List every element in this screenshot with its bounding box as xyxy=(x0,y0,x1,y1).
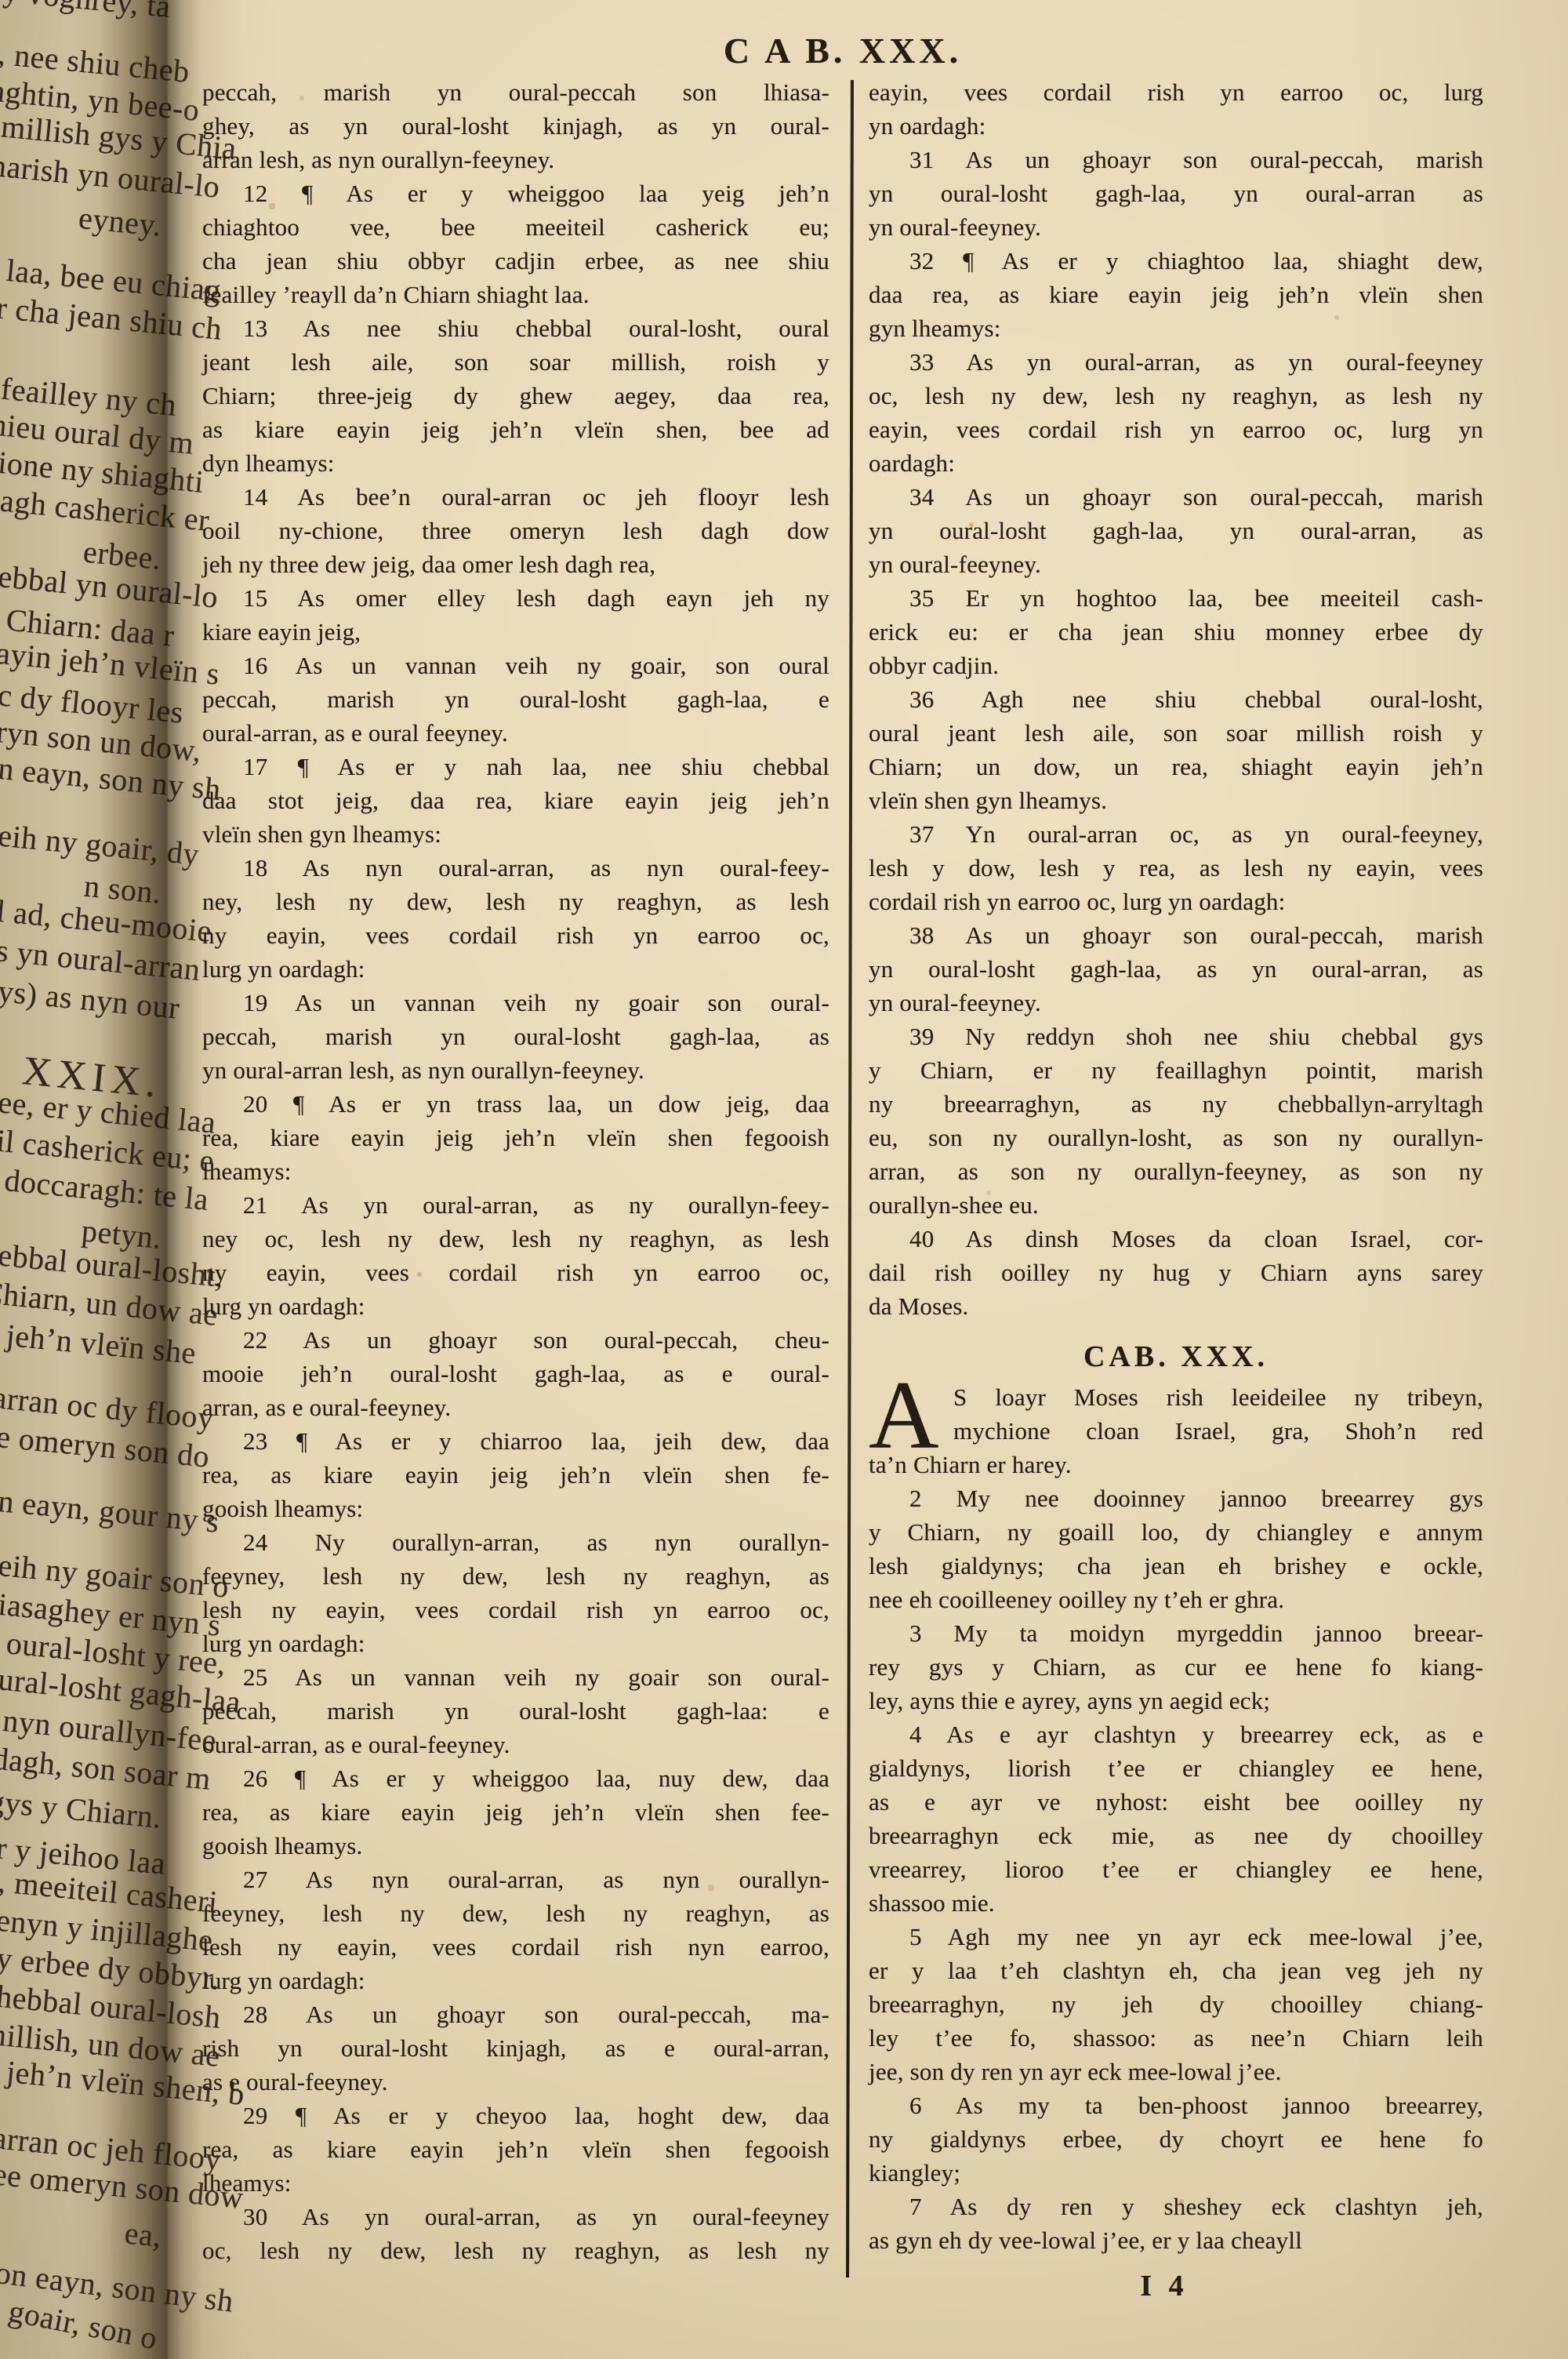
verse-line: oural jeant lesh aile, son soar millish … xyxy=(869,716,1483,750)
verse-line: oardagh: xyxy=(869,446,1483,480)
verse-line-text: vreearrey, lioroo t’ee er chiangley ee h… xyxy=(869,1856,1483,1883)
verse-line: vleïn shen gyn lheamys: xyxy=(202,817,829,851)
verse-line: 21 As yn oural-arran, as ny ourallyn-fee… xyxy=(202,1188,829,1222)
verse-line: 30 As yn oural-arran, as yn oural-feeyne… xyxy=(202,2200,829,2234)
verse-line-text: oc, lesh ny dew, lesh ny reaghyn, as les… xyxy=(869,382,1483,409)
verse-line: CAB. XXX. xyxy=(869,1340,1483,1374)
verse-line-text: ley t’ee fo, shassoo: as nee’n Chiarn le… xyxy=(869,2024,1483,2052)
verse-line: 23 ¶ As er y chiarroo laa, jeih dew, daa xyxy=(202,1424,829,1458)
verse-line-text: as e oural-feeyney. xyxy=(202,2068,388,2095)
verse-line-text: 18 As nyn oural-arran, as nyn oural-feey… xyxy=(243,854,829,881)
verse-line: 17 ¶ As er y nah laa, nee shiu chebbal xyxy=(202,750,829,783)
verse-line-text: 12 ¶ As er y wheiggoo laa yeig jeh’n xyxy=(243,180,829,207)
facing-page-line-text: veih ny goair, dy xyxy=(0,814,201,873)
verse-line: jee, son dy ren yn ayr eck mee-lowal j’e… xyxy=(869,2055,1483,2088)
facing-page-line-text: ea, xyxy=(123,2214,163,2255)
verse-line: ney, lesh ny dew, lesh ny reaghyn, as le… xyxy=(202,885,829,918)
verse-line-text: lesh ny eayin, vees cordail rish yn earr… xyxy=(202,1596,829,1623)
verse-line: 38 As un ghoayr son oural-peccah, marish xyxy=(869,918,1483,952)
verse-line-text: oc, lesh ny dew, lesh ny reaghyn, as les… xyxy=(202,2237,829,2264)
verse-line-text: kiangley; xyxy=(869,2159,960,2186)
verse-line-text: yn oural-feeyney. xyxy=(869,213,1041,241)
verse-line: rea, as kiare eayin jeig jeh’n vleïn she… xyxy=(202,1458,829,1492)
verse-line-text: 15 As omer elley lesh dagh eayn jeh ny xyxy=(243,584,829,612)
verse-line-text: 34 As un ghoayr son oural-peccah, marish xyxy=(909,483,1483,511)
verse-line-text: eayin, vees cordail rish yn earroo oc, l… xyxy=(869,78,1483,106)
verse-line: lheamys: xyxy=(202,1154,829,1188)
facing-page-strip: ’sy voghrey, tah, nee shiu chebiaghtin, … xyxy=(0,0,168,2359)
verse-line-text: erick eu: er cha jean shiu monney erbee … xyxy=(869,618,1483,645)
verse-line: 34 As un ghoayr son oural-peccah, marish xyxy=(869,480,1483,514)
verse-line-text: 14 As bee’n oural-arran oc jeh flooyr le… xyxy=(243,483,829,511)
verse-line-text: cha jean shiu obbyr cadjin erbee, as nee… xyxy=(202,247,829,274)
verse-line: 4 As e ayr clashtyn y breearrey eck, as … xyxy=(869,1717,1483,1751)
facing-page-line-text: un eayn, gour ny s xyxy=(0,1480,221,1541)
verse-line-text: 40 As dinsh Moses da cloan Israel, cor- xyxy=(909,1225,1483,1252)
verse-line-text: kiare eayin jeig, xyxy=(202,618,361,645)
verse-line: peccah, marish yn oural-losht gagh-laa, … xyxy=(202,682,829,716)
verse-line-text: peccah, marish yn oural-losht gagh-laa: … xyxy=(202,1697,829,1725)
verse-line-text: obbyr cadjin. xyxy=(869,652,999,679)
verse-line-text: gyn lheamys: xyxy=(869,314,1001,342)
verse-line: ny eayin, vees cordail rish yn earroo oc… xyxy=(202,918,829,952)
verse-line: 40 As dinsh Moses da cloan Israel, cor- xyxy=(869,1222,1483,1256)
verse-line: rey gys y Chiarn, as cur ee hene fo kian… xyxy=(869,1650,1483,1684)
verse-line: cha jean shiu obbyr cadjin erbee, as nee… xyxy=(202,244,829,278)
verse-line: ley t’ee fo, shassoo: as nee’n Chiarn le… xyxy=(869,2021,1483,2055)
verse-line-text: ney, lesh ny dew, lesh ny reaghyn, as le… xyxy=(202,888,829,915)
verse-line: gooish lheamys: xyxy=(202,1492,829,1525)
verse-line: 36 Agh nee shiu chebbal oural-losht, xyxy=(869,682,1483,716)
verse-line-text: y Chiarn, er ny feaillaghyn pointit, mar… xyxy=(869,1056,1483,1084)
verse-line: yn oural-losht gagh-laa, yn oural-arran,… xyxy=(869,514,1483,547)
verse-line: gialdynys, liorish t’ee er chiangley ee … xyxy=(869,1751,1483,1785)
verse-line-text: Chiarn; three-jeig dy ghew aegey, daa re… xyxy=(202,382,829,409)
verse-line-text: 30 As yn oural-arran, as yn oural-feeyne… xyxy=(243,2203,829,2230)
verse-line: obbyr cadjin. xyxy=(869,649,1483,682)
verse-line: 20 ¶ As er yn trass laa, un dow jeig, da… xyxy=(202,1087,829,1121)
facing-page-line: ’sy voghrey, ta xyxy=(0,0,162,26)
verse-line-text: rea, as kiare eayin jeig jeh’n vleïn she… xyxy=(202,1798,829,1826)
verse-line-text: nee eh cooilleeney ooilley ny t’eh er gh… xyxy=(869,1586,1284,1613)
verse-line: Chiarn; three-jeig dy ghew aegey, daa re… xyxy=(202,379,829,413)
verse-line-text: 32 ¶ As er y chiaghtoo laa, shiaght dew, xyxy=(909,247,1483,274)
verse-line-text: peccah, marish yn oural-losht gagh-laa, … xyxy=(202,1023,829,1050)
verse-line-text: 20 ¶ As er yn trass laa, un dow jeig, da… xyxy=(243,1090,829,1118)
verse-line: chiaghtoo vee, bee meeiteil casherick eu… xyxy=(202,210,829,244)
verse-line: mychione cloan Israel, gra, Shoh’n red xyxy=(869,1414,1483,1448)
verse-line: jeh ny three dew jeig, daa omer lesh dag… xyxy=(202,547,829,581)
verse-line-text: 39 Ny reddyn shoh nee shiu chebbal gys xyxy=(909,1023,1483,1050)
verse-line: rish yn oural-losht kinjagh, as e oural-… xyxy=(202,2031,829,2065)
verse-line: as e oural-feeyney. xyxy=(202,2065,829,2099)
verse-line: 33 As yn oural-arran, as yn oural-feeyne… xyxy=(869,345,1483,379)
verse-line-text: 23 ¶ As er y chiarroo laa, jeih dew, daa xyxy=(243,1427,829,1455)
verse-line-text: as gyn eh dy vee-lowal j’ee, er y laa ch… xyxy=(869,2226,1302,2254)
verse-line: 37 Yn oural-arran oc, as yn oural-feeyne… xyxy=(869,817,1483,851)
verse-line: rea, kiare eayin jeig jeh’n vleïn shen f… xyxy=(202,1121,829,1154)
verse-line-text: ley, ayns thie e ayrey, ayns yn aegid ec… xyxy=(869,1687,1270,1714)
verse-line-text: eu, son ny ourallyn-losht, as son ny our… xyxy=(869,1124,1483,1151)
verse-line: kiangley; xyxy=(869,2156,1483,2190)
verse-line-text: 2 My nee dooinney jannoo breearrey gys xyxy=(909,1485,1483,1512)
verse-line: gooish lheamys. xyxy=(202,1829,829,1863)
verse-line: as gyn eh dy vee-lowal j’ee, er y laa ch… xyxy=(869,2223,1483,2257)
verse-line: 7 As dy ren y sheshey eck clashtyn jeh, xyxy=(869,2190,1483,2223)
verse-line: 12 ¶ As er y wheiggoo laa yeig jeh’n xyxy=(202,176,829,210)
verse-line-text: oardagh: xyxy=(869,449,955,477)
verse-line: 25 As un vannan veih ny goair son oural- xyxy=(202,1660,829,1694)
verse-line-text: lurg yn oardagh: xyxy=(202,1967,365,1994)
verse-line: AS loayr Moses rish leeideilee ny tribey… xyxy=(869,1380,1483,1414)
verse-line-text: ny gialdynys erbee, dy choyrt ee hene fo xyxy=(869,2125,1483,2153)
verse-line-text: 38 As un ghoayr son oural-peccah, marish xyxy=(909,921,1483,949)
verse-line: eayin, vees cordail rish yn earroo oc, l… xyxy=(869,75,1483,109)
verse-line: oural-arran, as e oural-feeyney. xyxy=(202,1728,829,1761)
verse-line-text: rey gys y Chiarn, as cur ee hene fo kian… xyxy=(869,1653,1483,1681)
verse-line-text: 4 As e ayr clashtyn y breearrey eck, as … xyxy=(909,1721,1483,1748)
verse-line: lurg yn oardagh: xyxy=(202,1289,829,1323)
verse-line-text: yn oural-feeyney. xyxy=(869,989,1041,1016)
book-page-photo: ’sy voghrey, tah, nee shiu chebiaghtin, … xyxy=(0,0,1568,2359)
verse-line-text: jeh ny three dew jeig, daa omer lesh dag… xyxy=(202,551,655,578)
verse-line-text: arran, as son ny ourallyn-feeyney, as so… xyxy=(869,1158,1483,1185)
facing-page-line: nys) as nyn our xyxy=(0,989,162,1027)
verse-line-text: lesh y dow, lesh y rea, as lesh ny eayin… xyxy=(869,854,1483,881)
verse-line: vreearrey, lioroo t’ee er chiangley ee h… xyxy=(869,1852,1483,1886)
verse-line: lurg yn oardagh: xyxy=(202,1627,829,1660)
verse-line: feeyney, lesh ny dew, lesh ny reaghyn, a… xyxy=(202,1559,829,1593)
verse-line: kiare eayin jeig, xyxy=(202,615,829,649)
verse-line: as e ayr ve nyhost: eisht bee ooilley ny xyxy=(869,1785,1483,1819)
verse-line-text: 24 Ny ourallyn-arran, as nyn ourallyn- xyxy=(243,1528,829,1556)
verse-line-text: arran lesh, as nyn ourallyn-feeyney. xyxy=(202,146,554,173)
verse-line: ny breearraghyn, as ny chebballyn-arrylt… xyxy=(869,1087,1483,1121)
verse-line-text: peccah, marish yn oural-losht gagh-laa, … xyxy=(202,685,829,713)
verse-line-text: yn oural-arran lesh, as nyn ourallyn-fee… xyxy=(202,1056,644,1084)
verse-line-text: lheamys: xyxy=(202,2169,292,2197)
right-column: eayin, vees cordail rish yn earroo oc, l… xyxy=(869,75,1483,2257)
verse-line-text: 37 Yn oural-arran oc, as yn oural-feeyne… xyxy=(909,820,1483,848)
verse-line: cordail rish yn earroo oc, lurg yn oarda… xyxy=(869,885,1483,918)
verse-line: 29 ¶ As er y cheyoo laa, hoght dew, daa xyxy=(202,2099,829,2132)
verse-line: oural-arran, as e oural feeyney. xyxy=(202,716,829,750)
verse-line-text: jee, son dy ren yn ayr eck mee-lowal j’e… xyxy=(869,2058,1282,2085)
verse-line: lheamys: xyxy=(202,2166,829,2200)
verse-line: eayin, vees cordail rish yn earroo oc, l… xyxy=(869,413,1483,446)
verse-line: lesh y dow, lesh y rea, as lesh ny eayin… xyxy=(869,851,1483,885)
verse-line: breearraghyn eck mie, as nee dy chooille… xyxy=(869,1819,1483,1852)
verse-line: arran lesh, as nyn ourallyn-feeyney. xyxy=(202,143,829,176)
verse-line: nee eh cooilleeney ooilley ny t’eh er gh… xyxy=(869,1583,1483,1616)
verse-line: er y laa t’eh clashtyn eh, cha jean veg … xyxy=(869,1954,1483,1987)
verse-line: 3 My ta moidyn myrgeddin jannoo breear- xyxy=(869,1616,1483,1650)
verse-line-text: daa rea, as kiare eayin jeig jeh’n vleïn… xyxy=(869,281,1483,308)
verse-line-text: lheamys: xyxy=(202,1158,292,1185)
verse-line-text: lurg yn oardagh: xyxy=(202,1630,365,1657)
verse-line: dyn lheamys: xyxy=(202,446,829,480)
verse-line: lesh gialdynys; cha jean eh brishey e oc… xyxy=(869,1549,1483,1583)
verse-line: 24 Ny ourallyn-arran, as nyn ourallyn- xyxy=(202,1525,829,1559)
verse-line-text: ny eayin, vees cordail rish yn earroo oc… xyxy=(202,921,829,949)
facing-page-line-text: eyney. xyxy=(77,198,163,245)
verse-line-text: Chiarn; un dow, un rea, shiaght eayin je… xyxy=(869,753,1483,780)
verse-line: arran, as son ny ourallyn-feeyney, as so… xyxy=(869,1154,1483,1188)
verse-line-text: S loayr Moses rish leeideilee ny tribeyn… xyxy=(953,1383,1483,1411)
verse-line-text: 19 As un vannan veih ny goair son oural- xyxy=(243,989,829,1016)
verse-line-text: vleïn shen gyn lheamys. xyxy=(869,787,1107,814)
verse-line: 22 As un ghoayr son oural-peccah, cheu- xyxy=(202,1323,829,1357)
verse-line-text: breearraghyn, ny jeh dy chooilley chiang… xyxy=(869,1990,1483,2018)
facing-page-line: eyney. xyxy=(0,206,162,245)
verse-line-text: jeant lesh aile, son soar millish, roish… xyxy=(202,348,829,376)
verse-line-text: 17 ¶ As er y nah laa, nee shiu chebbal xyxy=(243,753,829,780)
verse-line-text: 28 As un ghoayr son oural-peccah, ma- xyxy=(243,2001,829,2028)
verse-line-text: feailley ’reayll da’n Chiarn shiaght laa… xyxy=(202,281,590,308)
verse-line: yn oural-losht gagh-laa, yn oural-arran … xyxy=(869,176,1483,210)
verse-line-text: chiaghtoo vee, bee meeiteil casherick eu… xyxy=(202,213,829,241)
verse-line-text: yn oural-losht gagh-laa, yn oural-arran,… xyxy=(869,517,1483,544)
verse-line: rea, as kiare eayin jeig jeh’n vleïn she… xyxy=(202,1795,829,1829)
verse-line-text: as kiare eayin jeig jeh’n vleïn shen, be… xyxy=(202,416,829,443)
facing-page-line: ee omeryn son do xyxy=(0,1438,162,1476)
verse-line-text: 21 As yn oural-arran, as ny ourallyn-fee… xyxy=(243,1191,829,1219)
verse-line: lurg yn oardagh: xyxy=(202,952,829,986)
verse-line-text: 16 As un vannan veih ny goair, son oural xyxy=(243,652,829,679)
verse-line-text: rish yn oural-losht kinjagh, as e oural-… xyxy=(202,2034,829,2062)
verse-line: yn oural-feeyney. xyxy=(869,210,1483,244)
verse-line-text: shassoo mie. xyxy=(869,1889,995,1917)
verse-line: as kiare eayin jeig jeh’n vleïn shen, be… xyxy=(202,413,829,446)
verse-line-text: 7 As dy ren y sheshey eck clashtyn jeh, xyxy=(909,2193,1483,2220)
verse-line-text: mooie jeh’n oural-losht gagh-laa, as e o… xyxy=(202,1360,829,1387)
verse-line-text: mychione cloan Israel, gra, Shoh’n red xyxy=(953,1417,1483,1445)
verse-line-text: ney oc, lesh ny dew, lesh ny reaghyn, as… xyxy=(202,1225,829,1252)
facing-page-line: veih ny goair, dy xyxy=(0,835,162,874)
verse-line: peccah, marish yn oural-peccah son lhias… xyxy=(202,75,829,109)
verse-line: ley, ayns thie e ayrey, ayns yn aegid ec… xyxy=(869,1684,1483,1717)
verse-line: 26 ¶ As er y wheiggoo laa, nuy dew, daa xyxy=(202,1761,829,1795)
verse-line: ta’n Chiarn er harey. xyxy=(869,1448,1483,1481)
facing-page-line: er cha jean shiu ch xyxy=(0,310,162,348)
verse-line: ooil ny-chione, three omeryn lesh dagh d… xyxy=(202,514,829,547)
verse-line-text: 6 As my ta ben-phoost jannoo breearrey, xyxy=(909,2092,1483,2119)
verse-line-text: rea, kiare eayin jeig jeh’n vleïn shen f… xyxy=(202,1124,829,1151)
verse-line-text: eayin, vees cordail rish yn earroo oc, l… xyxy=(869,416,1483,443)
verse-line-text: 25 As un vannan veih ny goair son oural- xyxy=(243,1663,829,1691)
verse-line: jeant lesh aile, son soar millish, roish… xyxy=(202,345,829,379)
verse-line-text: oural-arran, as e oural feeyney. xyxy=(202,719,508,747)
verse-line: lesh ny eayin, vees cordail rish nyn ear… xyxy=(202,1930,829,1964)
verse-line: yn oural-arran lesh, as nyn ourallyn-fee… xyxy=(202,1053,829,1087)
verse-line-text: cordail rish yn earroo oc, lurg yn oarda… xyxy=(869,888,1285,915)
verse-line: yn oural-feeyney. xyxy=(869,547,1483,581)
verse-line: 14 As bee’n oural-arran oc jeh flooyr le… xyxy=(202,480,829,514)
verse-line: 13 As nee shiu chebbal oural-losht, oura… xyxy=(202,311,829,345)
verse-line: 27 As nyn oural-arran, as nyn ourallyn- xyxy=(202,1863,829,1896)
facing-page-line-text: ’sy voghrey, ta xyxy=(0,0,172,26)
verse-line: 18 As nyn oural-arran, as nyn oural-feey… xyxy=(202,851,829,885)
verse-line-text: 31 As un ghoayr son oural-peccah, marish xyxy=(909,146,1483,173)
verse-line-text: y Chiarn, ny goaill loo, dy chiangley e … xyxy=(869,1518,1483,1546)
verse-line-text: feeyney, lesh ny dew, lesh ny reaghyn, a… xyxy=(202,1562,829,1590)
verse-line-text: vleïn shen gyn lheamys: xyxy=(202,820,441,848)
column-rule xyxy=(846,80,854,2277)
verse-line: peccah, marish yn oural-losht gagh-laa: … xyxy=(202,1694,829,1728)
verse-line: mooie jeh’n oural-losht gagh-laa, as e o… xyxy=(202,1357,829,1390)
verse-line: 6 As my ta ben-phoost jannoo breearrey, xyxy=(869,2088,1483,2122)
facing-page-line: n jeh’n vleïn she xyxy=(0,1334,162,1372)
verse-line-text: 27 As nyn oural-arran, as nyn ourallyn- xyxy=(243,1866,829,1893)
facing-page-line: un eayn, gour ny s xyxy=(0,1503,162,1541)
verse-line: 15 As omer elley lesh dagh eayn jeh ny xyxy=(202,581,829,615)
verse-line: erick eu: er cha jean shiu monney erbee … xyxy=(869,615,1483,649)
verse-line: 31 As un ghoayr son oural-peccah, marish xyxy=(869,143,1483,176)
verse-line-text: yn oardagh: xyxy=(869,112,985,140)
verse-line: 19 As un vannan veih ny goair son oural- xyxy=(202,986,829,1020)
signature-mark: I 4 xyxy=(1086,2269,1243,2303)
verse-line: oc, lesh ny dew, lesh ny reaghyn, as les… xyxy=(202,2234,829,2267)
verse-line: lurg yn oardagh: xyxy=(202,1964,829,1997)
verse-line: gyn lheamys: xyxy=(869,311,1483,345)
page-header: C A B. XXX. xyxy=(202,30,1483,71)
verse-line: lesh ny eayin, vees cordail rish yn earr… xyxy=(202,1593,829,1627)
verse-line-text: ny breearraghyn, as ny chebballyn-arrylt… xyxy=(869,1090,1483,1118)
verse-line-text: er y laa t’eh clashtyn eh, cha jean veg … xyxy=(869,1957,1483,1984)
verse-line: yn oural-feeyney. xyxy=(869,986,1483,1020)
verse-line: ny eayin, vees cordail rish yn earroo oc… xyxy=(202,1256,829,1289)
facing-page-line: ljagh casherick er xyxy=(0,501,162,540)
verse-line: 16 As un vannan veih ny goair, son oural xyxy=(202,649,829,682)
verse-line-text: 36 Agh nee shiu chebbal oural-losht, xyxy=(909,685,1483,713)
verse-line: 2 My nee dooinney jannoo breearrey gys xyxy=(869,1481,1483,1515)
facing-page-line: ea, xyxy=(0,2217,162,2255)
verse-line: 5 Agh my nee yn ayr eck mee-lowal j’ee, xyxy=(869,1920,1483,1954)
verse-line: oc, lesh ny dew, lesh ny reaghyn, as les… xyxy=(869,379,1483,413)
verse-line: da Moses. xyxy=(869,1289,1483,1323)
verse-line-text: peccah, marish yn oural-peccah son lhias… xyxy=(202,78,829,106)
facing-page-line: goair, son o xyxy=(0,2321,162,2359)
verse-line-text: CAB. XXX. xyxy=(1083,1340,1269,1373)
verse-line-text: 22 As un ghoayr son oural-peccah, cheu- xyxy=(243,1326,829,1354)
verse-line-text: ny eayin, vees cordail rish yn earroo oc… xyxy=(202,1259,829,1286)
verse-line: peccah, marish yn oural-losht gagh-laa, … xyxy=(202,1020,829,1053)
verse-line: eu, son ny ourallyn-losht, as son ny our… xyxy=(869,1121,1483,1154)
verse-line-text: oural-arran, as e oural-feeyney. xyxy=(202,1731,510,1758)
verse-line: Chiarn; un dow, un rea, shiaght eayin je… xyxy=(869,750,1483,783)
verse-line: rea, as kiare eayin jeh’n vleïn shen feg… xyxy=(202,2132,829,2166)
verse-line-text: yn oural-losht gagh-laa, yn oural-arran … xyxy=(869,180,1483,207)
verse-line-text: gialdynys, liorish t’ee er chiangley ee … xyxy=(869,1754,1483,1782)
verse-line: feailley ’reayll da’n Chiarn shiaght laa… xyxy=(202,278,829,311)
facing-page-line: ree omeryn son dow xyxy=(0,2179,162,2217)
verse-line: 28 As un ghoayr son oural-peccah, ma- xyxy=(202,1997,829,2031)
verse-line: 39 Ny reddyn shoh nee shiu chebbal gys xyxy=(869,1020,1483,1053)
verse-line-text: ghey, as yn oural-losht kinjagh, as yn o… xyxy=(202,112,829,140)
verse-line-text: ooil ny-chione, three omeryn lesh dagh d… xyxy=(202,517,829,544)
verse-line-text: feeyney, lesh ny dew, lesh ny reaghyn, a… xyxy=(202,1899,829,1927)
verse-line: ghey, as yn oural-losht kinjagh, as yn o… xyxy=(202,109,829,143)
verse-line-text: lesh gialdynys; cha jean eh brishey e oc… xyxy=(869,1552,1483,1579)
verse-line-text: ourallyn-shee eu. xyxy=(869,1191,1039,1219)
verse-line: daa rea, as kiare eayin jeig jeh’n vleïn… xyxy=(869,278,1483,311)
verse-line-text: da Moses. xyxy=(869,1292,969,1320)
verse-line-text: lurg yn oardagh: xyxy=(202,955,365,983)
verse-line-text: arran, as e oural-feeyney. xyxy=(202,1394,451,1421)
verse-line-text: gooish lheamys. xyxy=(202,1832,363,1859)
verse-line-text: 29 ¶ As er y cheyoo laa, hoght dew, daa xyxy=(243,2102,829,2129)
verse-line-text: lurg yn oardagh: xyxy=(202,1292,365,1320)
verse-line-text: lesh ny eayin, vees cordail rish nyn ear… xyxy=(202,1933,829,1961)
verse-line: arran, as e oural-feeyney. xyxy=(202,1390,829,1424)
verse-line-text: 3 My ta moidyn myrgeddin jannoo breear- xyxy=(909,1619,1483,1647)
verse-line-text: as e ayr ve nyhost: eisht bee ooilley ny xyxy=(869,1788,1483,1816)
verse-line: ney oc, lesh ny dew, lesh ny reaghyn, as… xyxy=(202,1222,829,1256)
verse-line: y Chiarn, er ny feaillaghyn pointit, mar… xyxy=(869,1053,1483,1087)
verse-line-text: rea, as kiare eayin jeig jeh’n vleïn she… xyxy=(202,1461,829,1488)
verse-line: feeyney, lesh ny dew, lesh ny reaghyn, a… xyxy=(202,1896,829,1930)
verse-line: daa stot jeig, daa rea, kiare eayin jeig… xyxy=(202,783,829,817)
verse-line-text: 5 Agh my nee yn ayr eck mee-lowal j’ee, xyxy=(909,1923,1483,1950)
verse-line-text: daa stot jeig, daa rea, kiare eayin jeig… xyxy=(202,787,829,814)
verse-line: vleïn shen gyn lheamys. xyxy=(869,783,1483,817)
verse-line: 35 Er yn hoghtoo laa, bee meeiteil cash- xyxy=(869,581,1483,615)
verse-line-text: gooish lheamys: xyxy=(202,1495,363,1522)
facing-page-line: un eayn, son ny sh xyxy=(0,770,162,809)
verse-line-text: yn oural-feeyney. xyxy=(869,551,1041,578)
verse-line: y Chiarn, ny goaill loo, dy chiangley e … xyxy=(869,1515,1483,1549)
facing-page-line: e doccaragh: te la xyxy=(0,1180,162,1219)
verse-line-text: 13 As nee shiu chebbal oural-losht, oura… xyxy=(243,314,829,342)
left-column: peccah, marish yn oural-peccah son lhias… xyxy=(202,75,829,2267)
verse-line: dail rish ooilley ny hug y Chiarn ayns s… xyxy=(869,1256,1483,1289)
verse-line-text: 33 As yn oural-arran, as yn oural-feeyne… xyxy=(909,348,1483,376)
facing-page-text: ’sy voghrey, tah, nee shiu chebiaghtin, … xyxy=(0,0,162,2359)
verse-line: breearraghyn, ny jeh dy chooilley chiang… xyxy=(869,1987,1483,2021)
verse-line-text: oural jeant lesh aile, son soar millish … xyxy=(869,719,1483,747)
verse-line-text: breearraghyn eck mie, as nee dy chooille… xyxy=(869,1822,1483,1849)
facing-page-line: n jeh’n vleïn shen, b xyxy=(0,2075,162,2114)
verse-line-text: 35 Er yn hoghtoo laa, bee meeiteil cash- xyxy=(909,584,1483,612)
verse-line: yn oardagh: xyxy=(869,109,1483,143)
verse-line-text: yn oural-losht gagh-laa, as yn oural-arr… xyxy=(869,955,1483,983)
drop-cap: A xyxy=(869,1382,939,1449)
verse-line-text: 26 ¶ As er y wheiggoo laa, nuy dew, daa xyxy=(243,1765,829,1792)
verse-line: shassoo mie. xyxy=(869,1886,1483,1920)
verse-line: ny gialdynys erbee, dy choyrt ee hene fo xyxy=(869,2122,1483,2156)
verse-line-text: dyn lheamys: xyxy=(202,449,335,477)
verse-line: ourallyn-shee eu. xyxy=(869,1188,1483,1222)
verse-line: yn oural-losht gagh-laa, as yn oural-arr… xyxy=(869,952,1483,986)
verse-line-text: rea, as kiare eayin jeh’n vleïn shen feg… xyxy=(202,2135,829,2163)
verse-line-text: dail rish ooilley ny hug y Chiarn ayns s… xyxy=(869,1259,1483,1286)
verse-line: 32 ¶ As er y chiaghtoo laa, shiaght dew, xyxy=(869,244,1483,278)
